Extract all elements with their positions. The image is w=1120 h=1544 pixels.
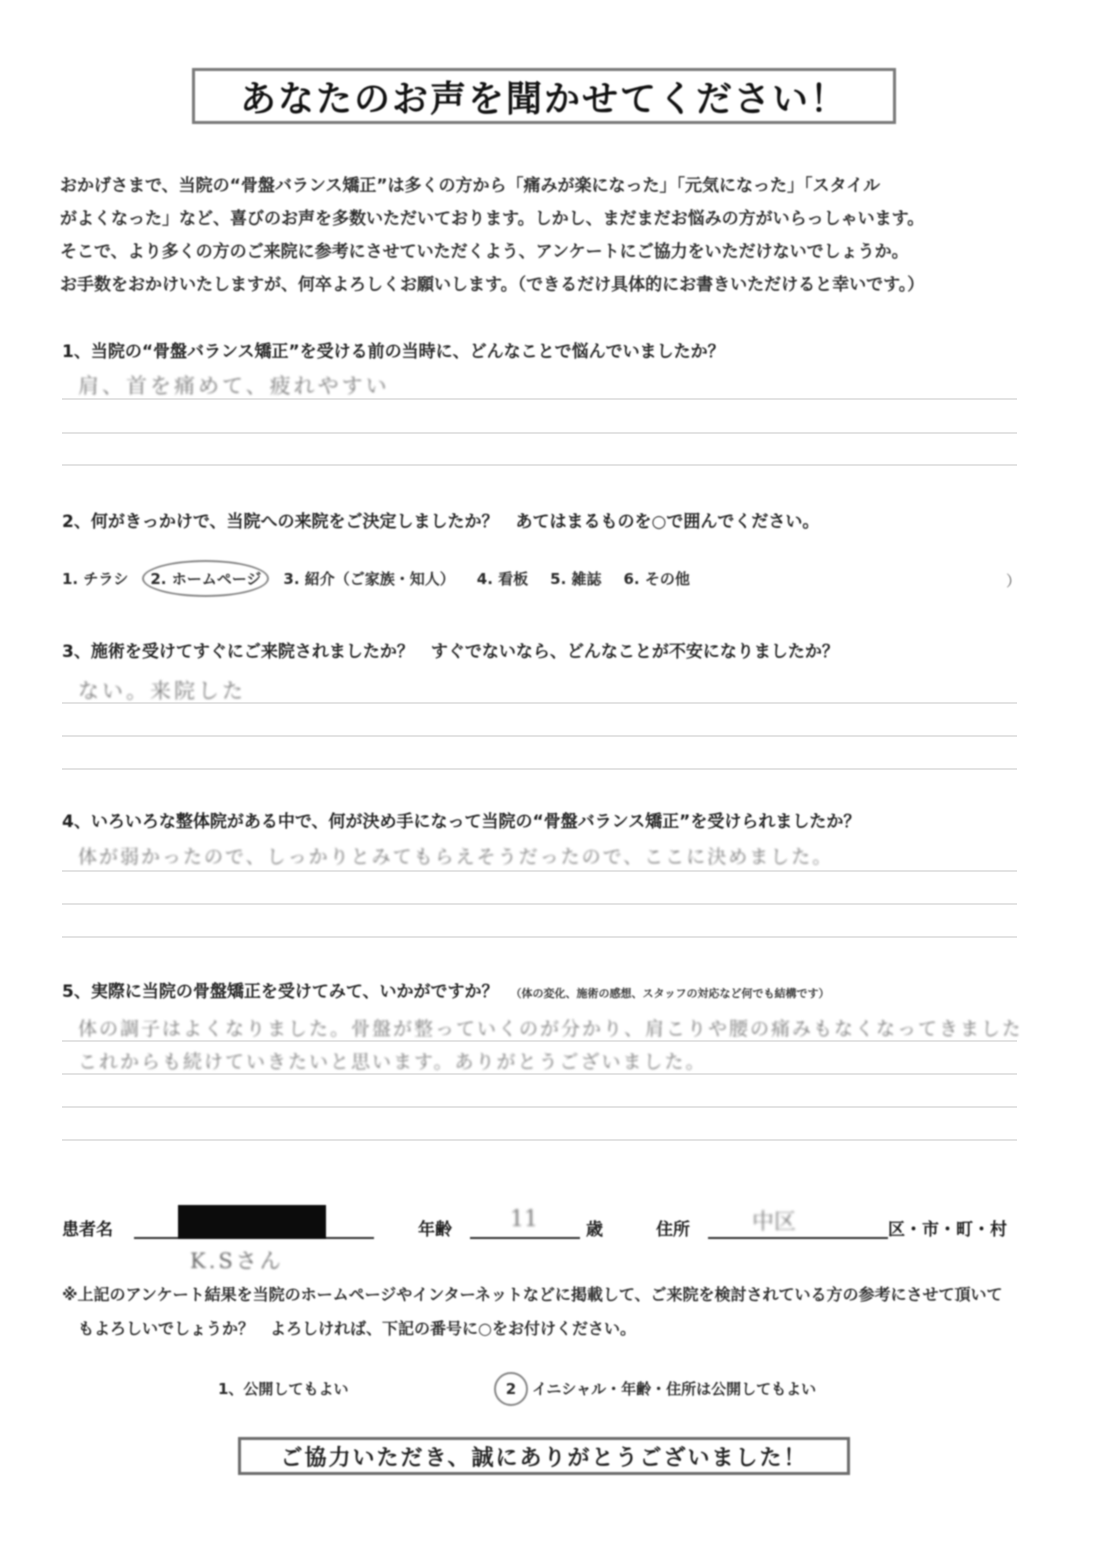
answer-3: ない。来院した xyxy=(78,675,1018,705)
patient-initials: K.Sさん xyxy=(190,1245,284,1275)
question-number: 5、 xyxy=(62,982,91,1002)
address-underline xyxy=(708,1237,888,1239)
consent-line: ※上記のアンケート結果を当院のホームページやインターネットなどに掲載して、ご来院… xyxy=(62,1278,1022,1312)
answer-rule xyxy=(62,1073,1017,1075)
intro-line: そこで、より多くの方のご来院に参考にさせていただくよう、アンケートにご協力をいた… xyxy=(60,236,1020,269)
answer-rule xyxy=(62,702,1017,704)
question-text: 施術を受けてすぐにご来院されましたか？ すぐでないなら、どんなことが不安になりま… xyxy=(91,642,839,662)
answer-4: 体が弱かったので、しっかりとみてもらえそうだったので、ここに決めました。 xyxy=(78,842,1018,869)
answer-rule xyxy=(62,432,1017,434)
option-flyer: 1. チラシ xyxy=(62,568,128,589)
answer-rule xyxy=(62,398,1017,400)
answer-rule xyxy=(62,1040,1017,1042)
question-number: 2、 xyxy=(62,512,91,532)
question-5: 5、実際に当院の骨盤矯正を受けてみて、いかがですか？（体の変化、施術の感想、スタ… xyxy=(62,977,1022,1002)
age-label: 年齢 xyxy=(418,1215,452,1240)
option-signboard: 4. 看板 xyxy=(477,568,528,589)
question-text: 何がきっかけで、当院への来院をご決定しましたか？ あてはまるものを○で囲んでくだ… xyxy=(91,512,820,532)
question-number: 4、 xyxy=(62,812,91,832)
answer-1: 肩、首を痛めて、疲れやすい xyxy=(78,370,1018,400)
answer-rule xyxy=(62,1139,1017,1141)
consent-option-label: 1、公開してもよい xyxy=(218,1380,348,1398)
question-note: （体の変化、施術の感想、スタッフの対応など何でも結構です） xyxy=(511,987,830,1000)
question-1: 1、当院の“骨盤バランス矯正”を受ける前の当時に、どんなことで悩んでいましたか？ xyxy=(62,337,1022,362)
age-value: 11 xyxy=(510,1207,538,1232)
age-underline xyxy=(470,1237,580,1239)
other-close-paren: ） xyxy=(1006,570,1021,591)
option-referral: 3. 紹介（ご家族・知人） xyxy=(283,568,454,589)
question-text: 当院の“骨盤バランス矯正”を受ける前の当時に、どんなことで悩んでいましたか？ xyxy=(91,342,725,362)
intro-line: がよくなった」など、喜びのお声を多数いただいております。しかし、まだまだお悩みの… xyxy=(60,203,1020,236)
question-2: 2、何がきっかけで、当院への来院をご決定しましたか？ あてはまるものを○で囲んで… xyxy=(62,507,1022,532)
answer-rule xyxy=(62,903,1017,905)
redacted-name xyxy=(178,1205,326,1239)
question-number: 3、 xyxy=(62,642,91,662)
name-label: 患者名 xyxy=(62,1215,113,1240)
address-value: 中区 xyxy=(752,1205,796,1236)
intro-paragraph: おかげさまで、当院の“骨盤バランス矯正”は多くの方から「痛みが楽になった」「元気… xyxy=(60,170,1020,302)
question-text: いろいろな整体院がある中で、何が決め手になって当院の“骨盤バランス矯正”を受けら… xyxy=(91,812,861,832)
answer-rule xyxy=(62,735,1017,737)
answer-rule xyxy=(62,768,1017,770)
answer-rule xyxy=(62,464,1017,466)
question-4: 4、いろいろな整体院がある中で、何が決め手になって当院の“骨盤バランス矯正”を受… xyxy=(62,807,1022,832)
question-3: 3、施術を受けてすぐにご来院されましたか？ すぐでないなら、どんなことが不安にな… xyxy=(62,637,1022,662)
age-unit: 歳 xyxy=(586,1215,603,1240)
intro-line: おかげさまで、当院の“骨盤バランス矯正”は多くの方から「痛みが楽になった」「元気… xyxy=(60,170,1020,203)
closing-box: ご協力いただき、誠にありがとうございました！ xyxy=(238,1437,850,1475)
consent-option-1: 1、公開してもよい xyxy=(218,1378,348,1399)
publication-consent-text: ※上記のアンケート結果を当院のホームページやインターネットなどに掲載して、ご来院… xyxy=(62,1278,1022,1346)
survey-title-box: あなたのお声を聞かせてください！ xyxy=(192,68,896,124)
answer-rule xyxy=(62,1106,1017,1108)
consent-option-2-selected: 2イニシャル・年齢・住所は公開してもよい xyxy=(494,1372,816,1406)
option-other: 6. その他 xyxy=(624,568,690,589)
address-label: 住所 xyxy=(656,1215,690,1240)
patient-info-row: 患者名 年齢 11 歳 住所 中区 区・市・町・村 xyxy=(62,1205,1022,1245)
intro-line: お手数をおかけいたしますが、何卒よろしくお願いします。（できるだけ具体的にお書き… xyxy=(60,269,1020,302)
answer-5-line-1: 体の調子はよくなりました。骨盤が整っていくのが分かり、肩こりや腰の痛みもなくなっ… xyxy=(78,1014,1018,1041)
consent-option-label: イニシャル・年齢・住所は公開してもよい xyxy=(532,1380,816,1398)
source-options: 1. チラシ 2. ホームページ 3. 紹介（ご家族・知人） 4. 看板 5. … xyxy=(62,568,690,589)
consent-line: もよろしいでしょうか？ よろしければ、下記の番号に○をお付けください。 xyxy=(62,1312,1022,1346)
survey-title: あなたのお声を聞かせてください！ xyxy=(240,71,848,122)
survey-page: あなたのお声を聞かせてください！ おかげさまで、当院の“骨盤バランス矯正”は多く… xyxy=(0,0,1120,1544)
option-homepage-selected: 2. ホームページ xyxy=(150,568,261,589)
closing-message: ご協力いただき、誠にありがとうございました！ xyxy=(280,1441,807,1472)
answer-rule xyxy=(62,936,1017,938)
selected-circle: 2 xyxy=(494,1372,528,1406)
question-text: 実際に当院の骨盤矯正を受けてみて、いかがですか？ xyxy=(91,982,499,1002)
address-suffix: 区・市・町・村 xyxy=(888,1215,1007,1240)
option-magazine: 5. 雑誌 xyxy=(550,568,601,589)
answer-5-line-2: これからも続けていきたいと思います。ありがとうございました。 xyxy=(78,1047,1018,1074)
question-number: 1、 xyxy=(62,342,91,362)
answer-rule xyxy=(62,870,1017,872)
